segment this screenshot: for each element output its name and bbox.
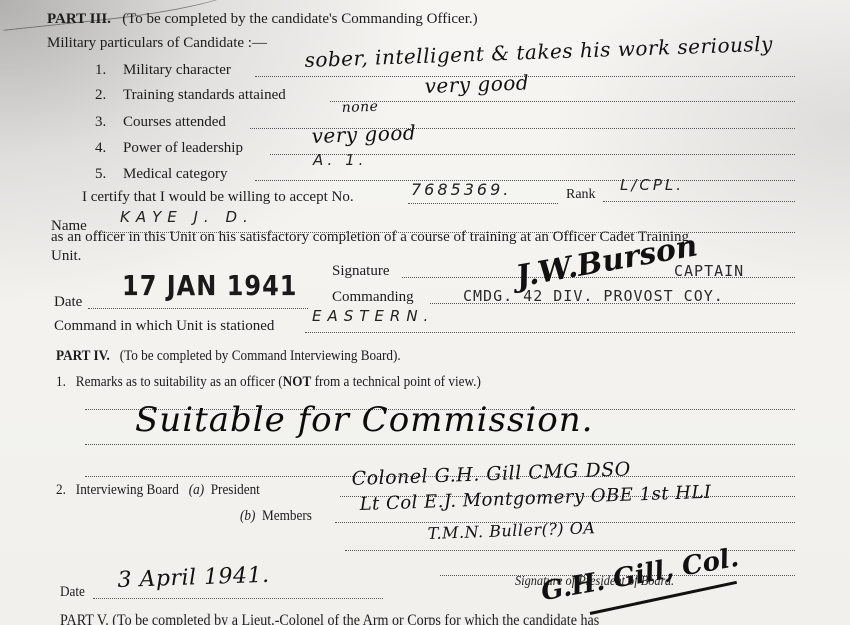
item-5-line [255, 180, 795, 181]
members-label: Members [262, 508, 312, 524]
remarks-label-b: from a technical point of view.) [311, 374, 481, 390]
command-label: Command in which Unit is stationed [54, 318, 274, 335]
name-value[interactable]: KAYE J. D. [120, 208, 254, 226]
item-4-num: 4. [95, 140, 106, 157]
item-2-value[interactable]: very good [424, 70, 529, 98]
remarks-value[interactable]: Suitable for Commission. [135, 400, 593, 440]
board-text: Interviewing Board [76, 482, 179, 498]
item-5-label: Medical category [123, 166, 228, 183]
rank-line [603, 201, 795, 202]
board-label: 2. Interviewing Board (a) President [56, 482, 260, 499]
item-2-label: Training standards attained [123, 87, 286, 104]
item-1-label: Military character [123, 62, 231, 79]
certify-text: I certify that I would be willing to acc… [82, 189, 354, 206]
part3-header: PART III. (To be completed by the candid… [47, 11, 478, 28]
item-3-label: Courses attended [123, 114, 226, 131]
item-3-num: 3. [95, 114, 106, 131]
date-line [88, 308, 308, 309]
part4-subtitle: (To be completed by Command Interviewing… [120, 348, 401, 364]
item-4-value[interactable]: very good [311, 120, 416, 148]
part4-date-label: Date [60, 584, 85, 601]
part4-date-line [93, 598, 383, 599]
date-stamp: 17 JAN 1941 [122, 270, 298, 302]
part3-subtitle: (To be completed by the candidate's Comm… [122, 11, 477, 27]
rank-value[interactable]: L/CPL. [620, 176, 684, 194]
commanding-label: Commanding [332, 289, 414, 306]
part5-partial-text: PART V. (To be completed by a Lieut.-Col… [60, 612, 599, 625]
item-3-value[interactable]: none [341, 99, 378, 116]
unit-text: Unit. [51, 248, 81, 265]
members-label-row: (b) Members [240, 508, 312, 525]
part3-heading: PART III. [47, 11, 111, 27]
item-5-num: 5. [95, 166, 106, 183]
item-1-num: 1. [95, 62, 106, 79]
president-label: President [211, 482, 260, 498]
remarks-line-2 [85, 444, 795, 445]
service-no-line [408, 203, 558, 204]
president-marker: (a) [189, 482, 204, 498]
part4-date-value[interactable]: 3 April 1941. [117, 563, 270, 593]
item-2-line [330, 101, 795, 102]
commanding-stamp: CMDG. 42 DIV. PROVOST COY. [463, 287, 724, 305]
remarks-label-bold: NOT [283, 374, 312, 390]
signature-label: Signature [332, 263, 390, 280]
part3-intro: Military particulars of Candidate :— [47, 35, 267, 52]
command-value[interactable]: EASTERN. [312, 307, 434, 325]
remarks-label: 1. Remarks as to suitability as an offic… [56, 374, 481, 391]
rank-label: Rank [566, 187, 596, 203]
command-line [305, 332, 795, 333]
remarks-label-a: Remarks as to suitability as an officer … [76, 374, 283, 390]
signature-rank-stamp: CAPTAIN [674, 262, 744, 280]
item-4-label: Power of leadership [123, 140, 243, 157]
item-5-value[interactable]: A. 1. [313, 151, 367, 169]
part4-heading: PART IV. [56, 348, 110, 364]
remarks-num: 1. [56, 374, 66, 390]
item-2-num: 2. [95, 87, 106, 104]
date-label: Date [54, 294, 82, 311]
part4-header: PART IV. (To be completed by Command Int… [56, 348, 401, 365]
service-number[interactable]: 7685369. [411, 180, 511, 199]
board-num: 2. [56, 482, 66, 498]
members-marker: (b) [240, 508, 255, 524]
officer-text: as an officer in this Unit on his satisf… [51, 229, 689, 246]
